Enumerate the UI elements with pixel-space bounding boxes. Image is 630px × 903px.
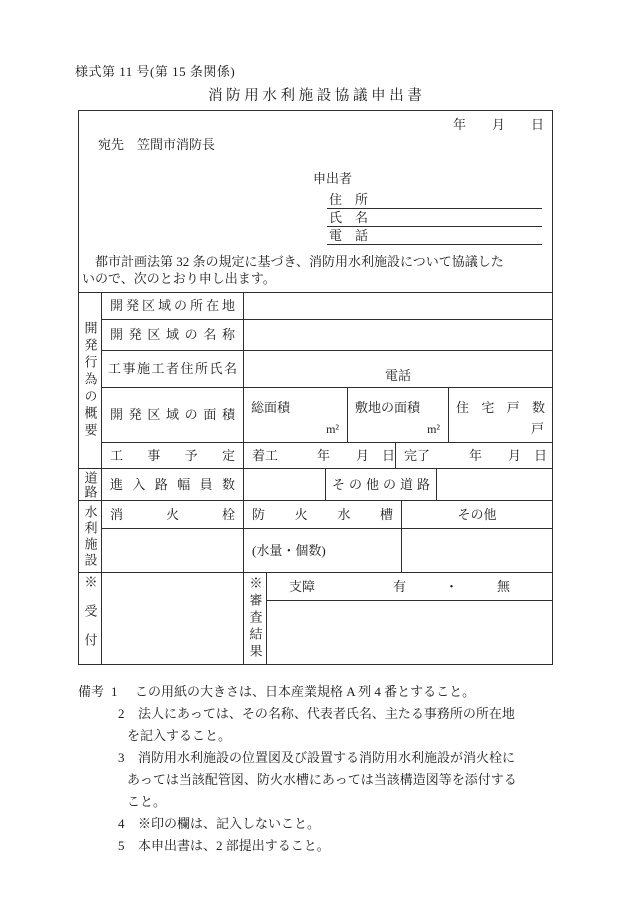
remark-2-number: 2 (118, 703, 125, 725)
remark-3: 3 消防用水利施設の位置図及び設置する消防用水利施設が消火栓に (78, 747, 578, 769)
other-facility-label-cell: その他 (401, 500, 552, 528)
remark-3-continued-2: こと。 (78, 791, 578, 813)
remark-2-continued: を記入すること。 (78, 725, 578, 747)
obstacle-row: 支障 有 ・ 無 (266, 572, 552, 600)
schedule-end-cell: 完了 年 月 日 (395, 442, 552, 468)
phone-field-label: 電 話 (327, 228, 368, 243)
remark-3-number: 3 (118, 747, 125, 769)
section-reception-label: ※受付 (81, 575, 100, 662)
remark-2-text-continued: を記入すること。 (127, 725, 231, 747)
remark-1: 備考 1 この用紙の大きさは、日本産業規格 A 列 4 番とすること。 (78, 681, 578, 703)
area-name-value-cell (243, 319, 552, 350)
remark-2-text: 法人にあっては、その名称、代表者氏名、主たる事務所の所在地 (138, 703, 515, 725)
form-document-page: 様式第 11 号(第 15 条関係) 消 防 用 水 利 施 設 協 議 申 出… (0, 0, 630, 903)
remark-4: 4 ※印の欄は、記入しないこと。 (78, 813, 578, 835)
site-area-unit: m² (427, 422, 440, 437)
location-label-cell: 開発区域の所在地 (101, 292, 243, 319)
remark-5-text: 本申出書は、2 部提出すること。 (138, 835, 330, 857)
location-value-cell (243, 292, 552, 319)
houses-cell: 住宅戸数 戸 (448, 387, 552, 442)
section-road-label: 道路 (81, 471, 100, 499)
remark-4-number: 4 (118, 813, 125, 835)
site-area-label: 敷地の面積 (355, 397, 420, 416)
review-result-value-cell (266, 600, 552, 664)
area-label-cell: 開発区域の面積 (101, 387, 243, 442)
name-field-line: 氏 名 (327, 209, 542, 227)
section-development-overview: 開発行為の概要 (79, 292, 101, 468)
name-field-label: 氏 名 (327, 210, 368, 225)
section-development-overview-label: 開発行為の概要 (81, 321, 100, 440)
other-road-value-cell (436, 468, 552, 500)
phone-field-line: 電 話 (327, 227, 542, 245)
road-width-value-cell (243, 468, 325, 500)
total-area-unit: m² (326, 422, 339, 437)
remark-3-text-continued: あっては当該配管図、防火水槽にあっては当該構造図等を添付する (127, 769, 517, 791)
section-reception: ※受付 (79, 572, 101, 664)
remark-5: 5 本申出書は、2 部提出すること。 (78, 835, 578, 857)
remark-4-text: ※印の欄は、記入しないこと。 (138, 813, 320, 835)
remark-5-number: 5 (118, 835, 125, 857)
remark-3-continued: あっては当該配管図、防火水槽にあっては当該構造図等を添付する (78, 769, 578, 791)
section-road: 道路 (79, 468, 101, 500)
section-water-facility-label: 水利施設 (81, 505, 100, 569)
applicant-label: 申出者 (313, 168, 352, 187)
date-line: 年 月 日 (453, 114, 544, 133)
road-width-label-cell: 進入路幅員数 (101, 468, 243, 500)
hydrant-value-cell (101, 528, 243, 572)
total-area-cell: 総面積 m² (243, 387, 347, 442)
reception-value-cell (101, 572, 243, 664)
remark-1-text: この用紙の大きさは、日本産業規格 A 列 4 番とすること。 (135, 681, 475, 703)
other-road-label-cell: その他の道路 (325, 468, 436, 500)
hydrant-label-cell: 消火栓 (101, 500, 243, 528)
remarks-block: 備考 1 この用紙の大きさは、日本産業規格 A 列 4 番とすること。 2 法人… (78, 681, 578, 857)
remark-3-text-continued-2: こと。 (127, 791, 166, 813)
review-result-column: ※審査結果 (243, 572, 266, 664)
remarks-prefix: 備考 (78, 681, 104, 703)
schedule-start-cell: 着工 年 月 日 (243, 442, 395, 468)
review-result-label: ※審査結果 (246, 576, 265, 661)
remark-1-number: 1 (111, 681, 118, 703)
address-field-line: 住 所 (327, 191, 542, 209)
schedule-label-cell: 工事予定 (101, 442, 243, 468)
form-title: 消 防 用 水 利 施 設 協 議 申 出 書 (0, 84, 630, 105)
address-field-label: 住 所 (327, 192, 368, 207)
declaration-line-1: 都市計画法第 32 条の規定に基づき、消防用水利施設について協議した (82, 253, 504, 270)
form-body-frame: 年 月 日 宛先 笠間市消防長 申出者 住 所 氏 名 電 話 都市計画法第 3… (78, 110, 553, 665)
contractor-tel-label: 電話 (244, 365, 552, 384)
remark-3-text: 消防用水利施設の位置図及び設置する消防用水利施設が消火栓に (138, 747, 515, 769)
total-area-label: 総面積 (251, 397, 290, 416)
declaration-line-2: いので、次のとおり申し出ます。 (82, 270, 276, 287)
section-water-facility: 水利施設 (79, 500, 101, 572)
houses-unit: 戸 (531, 418, 544, 437)
remark-2: 2 法人にあっては、その名称、代表者氏名、主たる事務所の所在地 (78, 703, 578, 725)
area-name-label-cell: 開発区域の名称 (101, 319, 243, 350)
other-facility-value-cell (401, 528, 552, 572)
site-area-cell: 敷地の面積 m² (347, 387, 448, 442)
contractor-label-cell: 工事施工者住所氏名 (101, 350, 243, 387)
houses-label: 住宅戸数 (449, 397, 552, 416)
form-number: 様式第 11 号(第 15 条関係) (75, 61, 235, 80)
tank-label-cell: 防火水槽 (243, 500, 401, 528)
contractor-value-cell: 電話 (243, 350, 552, 387)
addressee-line: 宛先 笠間市消防長 (98, 134, 215, 153)
tank-volume-cell: (水量・個数) (243, 528, 401, 572)
